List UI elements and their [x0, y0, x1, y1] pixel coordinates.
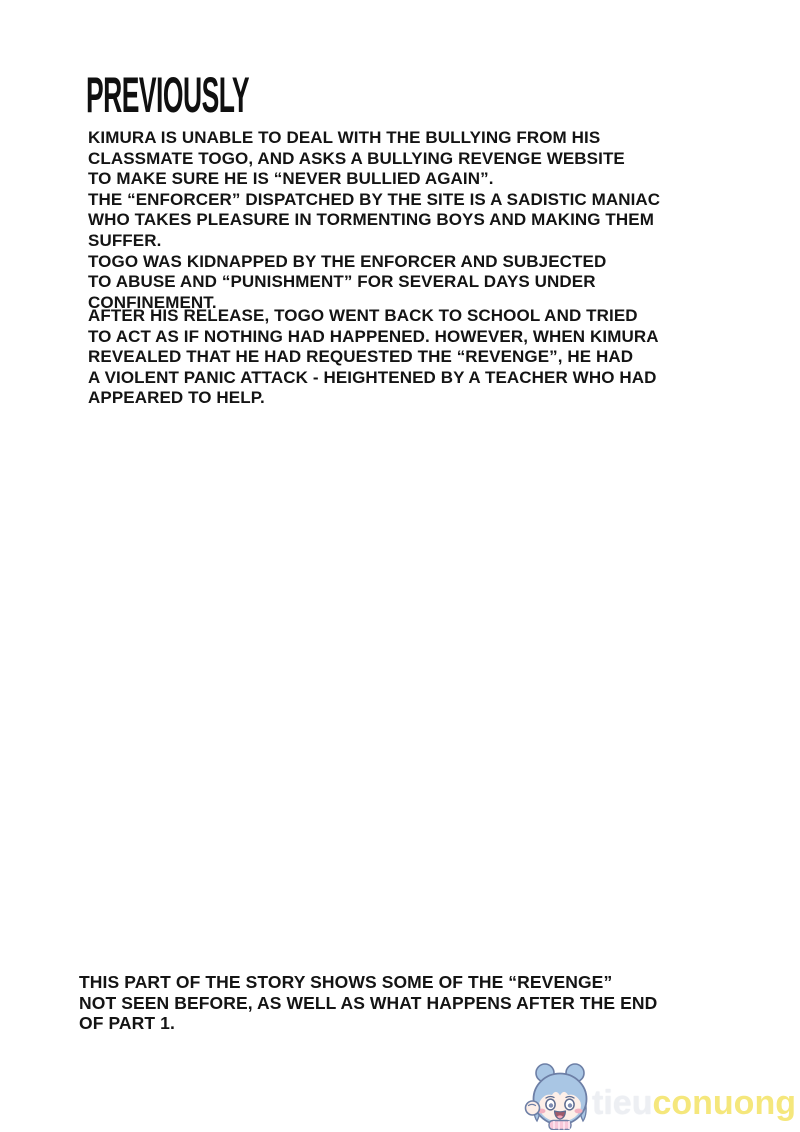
translator-watermark: tieuconuong: [524, 1062, 796, 1132]
watermark-text-light: tieu: [592, 1084, 652, 1122]
watermark-text-accent: conuong: [652, 1084, 796, 1122]
footer-note: THIS PART OF THE STORY SHOWS SOME OF THE…: [79, 972, 657, 1034]
synopsis-paragraph-2: AFTER HIS RELEASE, TOGO WENT BACK TO SCH…: [88, 306, 659, 409]
manga-recap-page: PREVIOUSLY KIMURA IS UNABLE TO DEAL WITH…: [0, 0, 800, 1132]
chibi-girl-mascot-icon: [524, 1062, 596, 1130]
page-title: PREVIOUSLY: [86, 70, 249, 120]
synopsis-paragraph-1: KIMURA IS UNABLE TO DEAL WITH THE BULLYI…: [88, 128, 660, 313]
